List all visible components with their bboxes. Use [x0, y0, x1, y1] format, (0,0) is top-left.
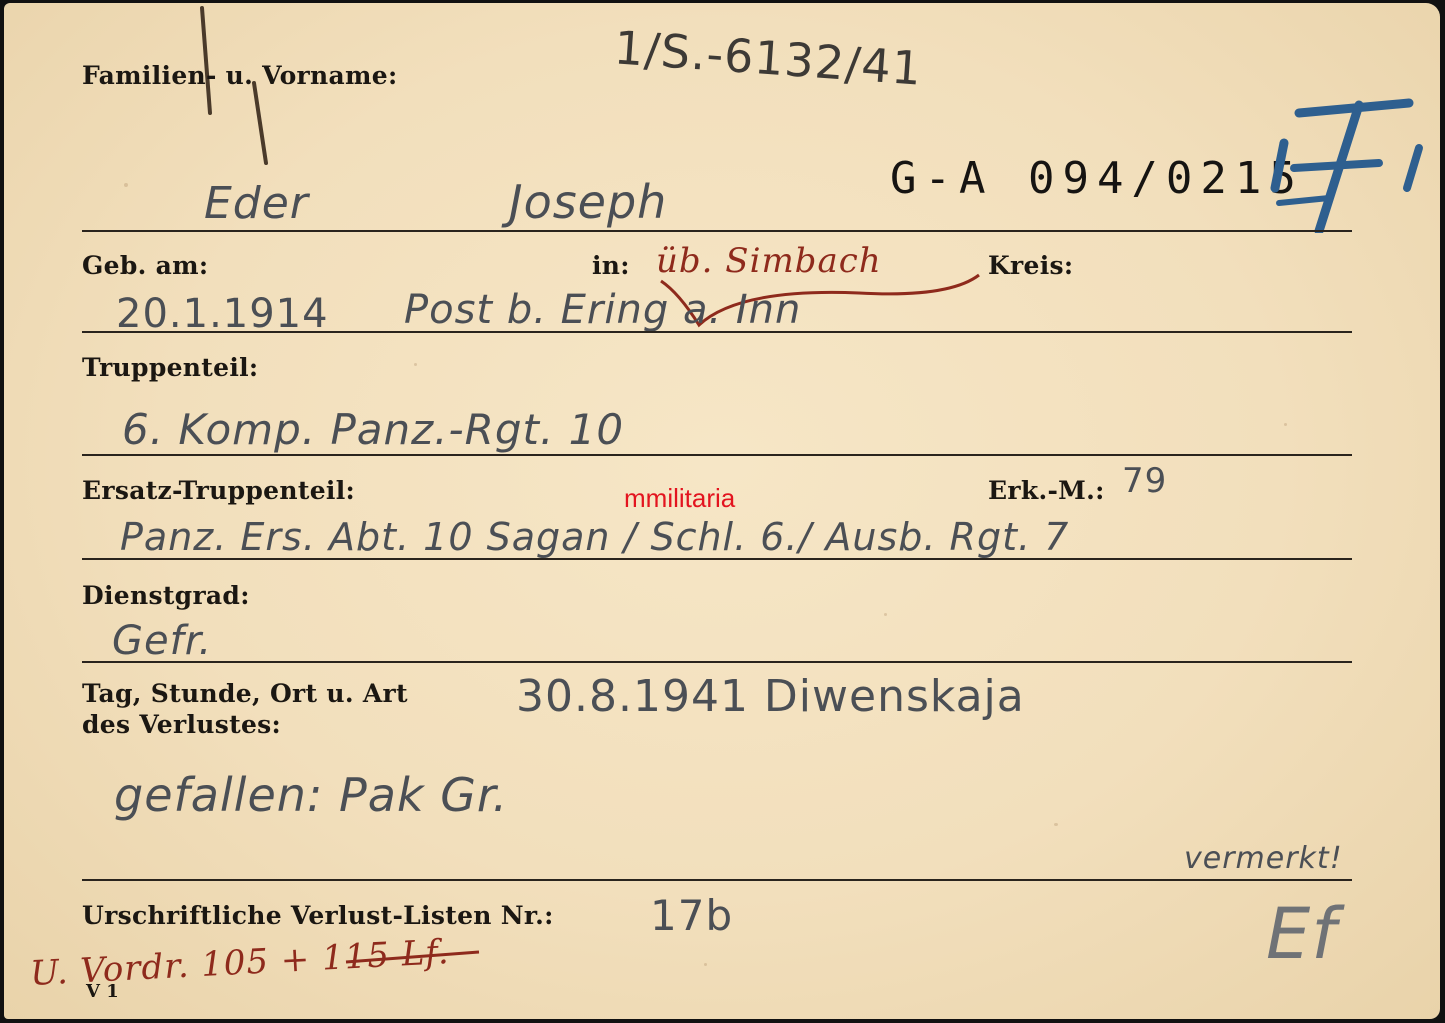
replacement-unit-rule	[82, 558, 1352, 560]
birth-place-value: Post b. Ering a. Inn	[404, 287, 801, 333]
loss-list-value: 17b	[650, 891, 733, 940]
loss-type: gefallen: Pak Gr.	[114, 768, 508, 822]
form-code: V 1	[86, 981, 119, 1002]
replacement-unit-label: Ersatz-Truppenteil:	[82, 476, 355, 505]
surname-value: Eder	[204, 178, 309, 229]
unit-rule	[82, 454, 1352, 456]
watermark: mmilitaria	[624, 483, 735, 514]
rank-label: Dienstgrad:	[82, 581, 250, 610]
loss-label-line2: des Verlustes:	[82, 710, 281, 739]
file-reference: 1/S.-6132/41	[612, 20, 923, 95]
birth-date-label: Geb. am:	[82, 251, 208, 280]
paper-speck	[704, 963, 707, 966]
birth-place-label: in:	[592, 251, 630, 280]
unit-label: Truppenteil:	[82, 353, 258, 382]
paper-speck	[414, 363, 417, 366]
id-tag-label: Erk.-M.:	[988, 476, 1105, 505]
name-rule	[82, 230, 1352, 232]
loss-label-line1: Tag, Stunde, Ort u. Art	[82, 679, 408, 708]
paper-speck	[124, 183, 128, 187]
initials-signature: Ef	[1266, 893, 1337, 975]
loss-list-label: Urschriftliche Verlust-Listen Nr.:	[82, 901, 554, 930]
paper-speck	[884, 613, 887, 616]
replacement-unit-value: Panz. Ers. Abt. 10 Sagan / Schl. 6./ Aus…	[120, 515, 1069, 559]
noted-annotation: vermerkt!	[1184, 841, 1343, 876]
id-tag-value: 79	[1122, 461, 1167, 501]
unit-value: 6. Komp. Panz.-Rgt. 10	[122, 405, 624, 454]
paper-speck	[1284, 423, 1287, 426]
typed-file-number: G-A 094/0215	[890, 153, 1304, 204]
index-card: Familien- u. Vorname: 1/S.-6132/41 G-A 0…	[4, 3, 1440, 1019]
given-name-value: Joseph	[509, 175, 667, 229]
rank-value: Gefr.	[112, 618, 212, 664]
red-strike-line	[344, 948, 484, 968]
rank-rule	[82, 661, 1352, 663]
loss-date-place: 30.8.1941 Diwenskaja	[516, 671, 1025, 722]
paper-speck	[1054, 823, 1058, 826]
name-label: Familien- u. Vorname:	[82, 61, 397, 90]
district-label: Kreis:	[988, 251, 1073, 280]
blue-pencil-f-mark	[1259, 53, 1439, 233]
birth-rule	[82, 331, 1352, 333]
loss-rule	[82, 879, 1352, 881]
